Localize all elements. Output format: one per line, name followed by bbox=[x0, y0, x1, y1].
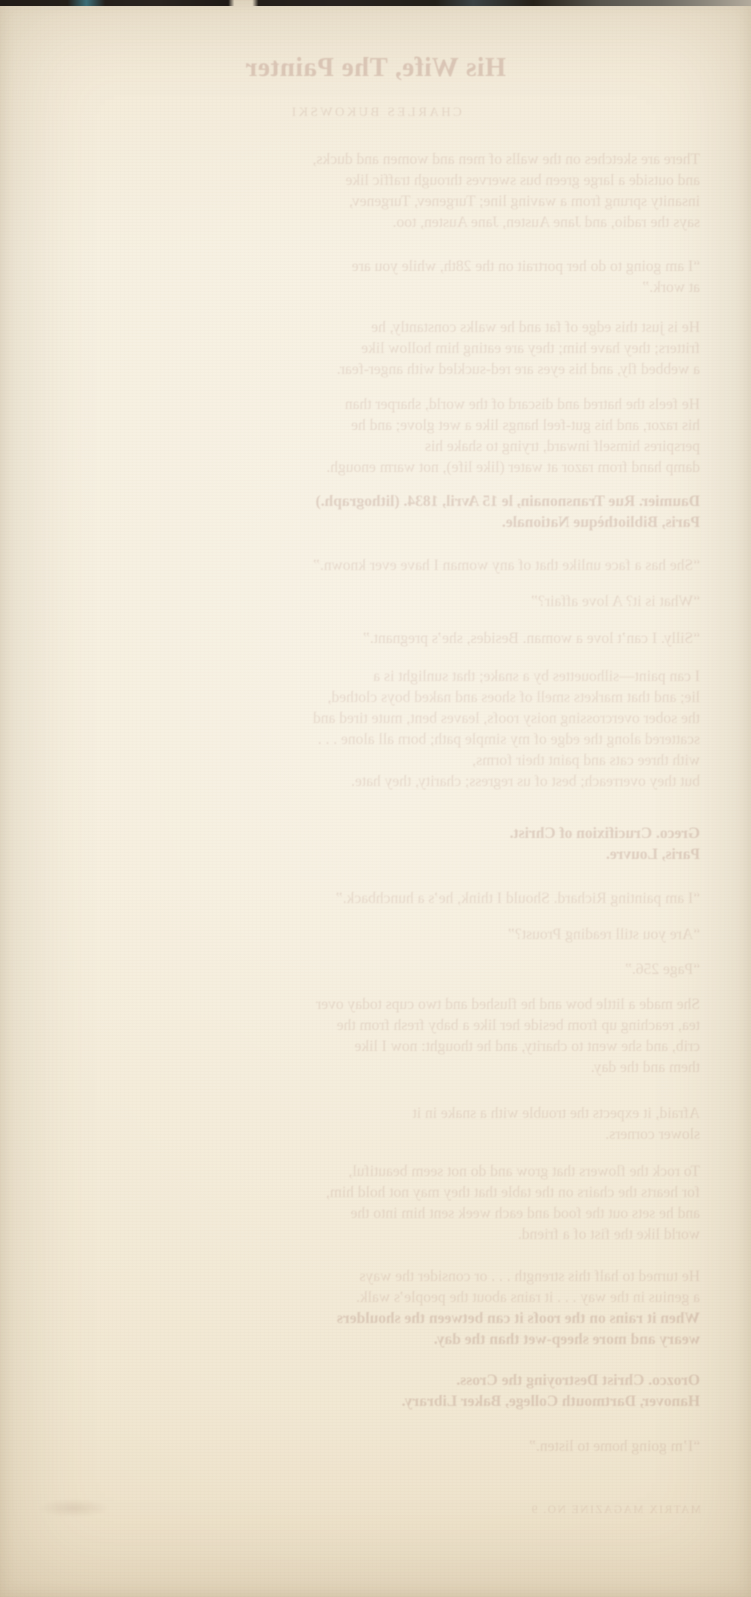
showthrough-paragraph: To rock the flowers that grow and do not… bbox=[34, 1161, 700, 1245]
showthrough-quote: “I am going to do her portrait on the 28… bbox=[34, 256, 700, 298]
showthrough-paragraph: I can paint—silhouettes by a snake; that… bbox=[34, 666, 700, 792]
paper-stain bbox=[38, 1499, 110, 1517]
showthrough-paragraph: He feels the hatred and discard of the w… bbox=[34, 394, 700, 478]
showthrough-author: CHARLES BUKOWSKI bbox=[0, 104, 751, 120]
showthrough-paragraph: There are sketches on the walls of men a… bbox=[34, 149, 700, 233]
showthrough-quote: “What is it? A love affair?” bbox=[34, 591, 700, 612]
showthrough-quote: “I am painting Richard. Should I think, … bbox=[34, 888, 700, 909]
showthrough-quote: “Page 256.” bbox=[34, 959, 700, 980]
showthrough-text-layer: His Wife, The Painter CHARLES BUKOWSKI T… bbox=[0, 0, 751, 1597]
showthrough-quote: “She has a face unlike that of any woman… bbox=[34, 555, 700, 576]
showthrough-citation-daumier: Daumier. Rue Transnonain, le 15 Avril, 1… bbox=[34, 491, 700, 533]
showthrough-quote: “Are you still reading Proust?” bbox=[34, 924, 700, 945]
showthrough-title: His Wife, The Painter bbox=[0, 52, 751, 83]
showthrough-quote: “Silly. I can’t love a woman. Besides, s… bbox=[34, 628, 700, 649]
showthrough-paragraph: He is just this edge of fat and he walks… bbox=[34, 317, 700, 380]
showthrough-citation-orozco: Orozco. Christ Destroying the Cross. Han… bbox=[34, 1370, 700, 1412]
showthrough-paragraph: He turned to half this strength . . . or… bbox=[34, 1266, 700, 1308]
showthrough-paragraph: Afraid, it expects the trouble with a sn… bbox=[34, 1103, 700, 1145]
showthrough-bold-lines: When it rains on the roofs it can betwee… bbox=[34, 1308, 700, 1350]
showthrough-quote: “I’m going home to listen.” bbox=[34, 1436, 700, 1457]
scanned-page: His Wife, The Painter CHARLES BUKOWSKI T… bbox=[0, 0, 751, 1597]
showthrough-footer: MATRIX MAGAZINE NO. 9 bbox=[530, 1504, 701, 1516]
showthrough-paragraph: She made a little bow and he flushed and… bbox=[34, 994, 700, 1078]
showthrough-citation-greco: Greco. Crucifixion of Christ. Paris, Lou… bbox=[34, 823, 700, 865]
